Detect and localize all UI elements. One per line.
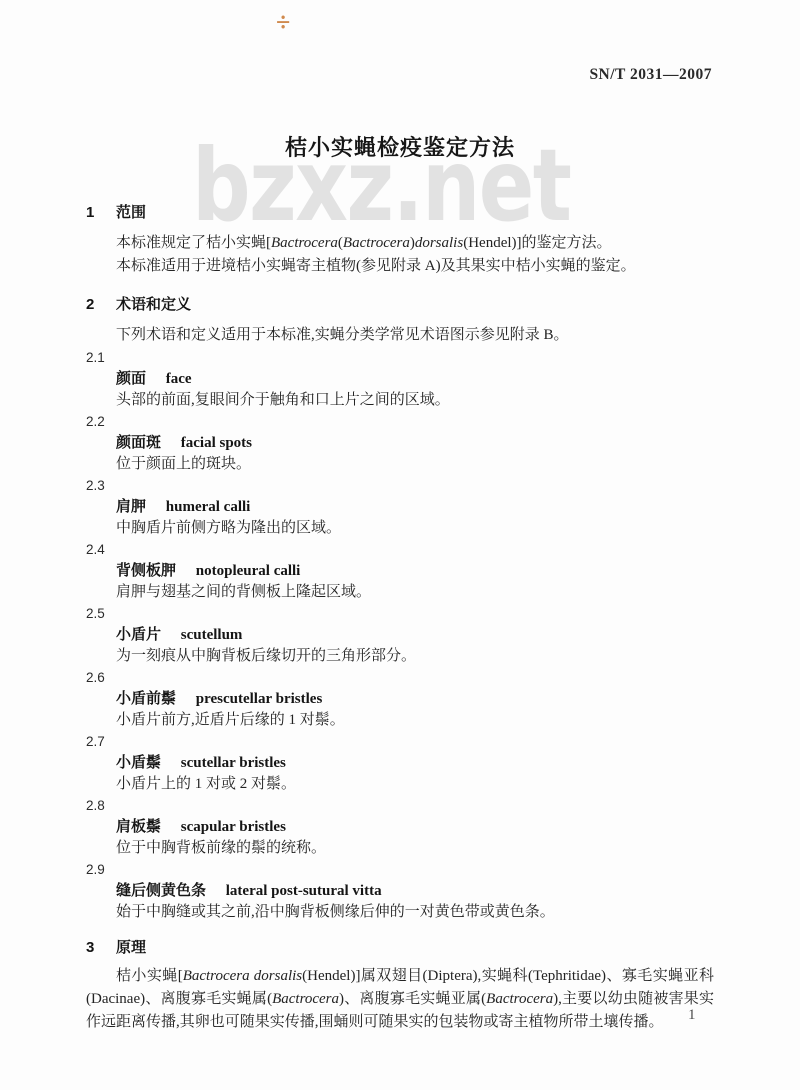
term-2-5: 2.5 小盾片 scutellum 为一刻痕从中胸背板后缘切开的三角形部分。: [86, 603, 714, 667]
term-2-8: 2.8 肩板鬃 scapular bristles 位于中胸背板前缘的鬃的统称。: [86, 795, 714, 859]
term-zh: 小盾片: [116, 626, 161, 643]
term-number: 2.6: [86, 667, 714, 688]
term-en: notopleural calli: [196, 563, 301, 579]
section-title: 术语和定义: [116, 294, 191, 316]
term-zh: 小盾鬃: [116, 754, 161, 771]
term-en: scutellar bristles: [181, 755, 286, 771]
term-number: 2.9: [86, 859, 714, 880]
term-en: facial spots: [181, 435, 252, 451]
paragraph: 本标准适用于进境桔小实蝇寄主植物(参见附录 A)及其果实中桔小实蝇的鉴定。: [86, 255, 714, 278]
term-definition: 位于颜面上的斑块。: [86, 454, 714, 475]
term-number: 2.2: [86, 411, 714, 432]
term-definition: 中胸盾片前侧方略为隆出的区域。: [86, 518, 714, 539]
page-number: 1: [688, 1007, 696, 1024]
term-number: 2.3: [86, 475, 714, 496]
term-definition: 小盾片前方,近盾片后缘的 1 对鬃。: [86, 710, 714, 731]
section-number: 1: [86, 202, 116, 224]
section-number: 2: [86, 294, 116, 316]
term-2-6: 2.6 小盾前鬃 prescutellar bristles 小盾片前方,近盾片…: [86, 667, 714, 731]
term-2-2: 2.2 颜面斑 facial spots 位于颜面上的斑块。: [86, 411, 714, 475]
term-heading: 颜面斑 facial spots: [86, 432, 714, 454]
term-definition: 头部的前面,复眼间介于触角和口上片之间的区域。: [86, 390, 714, 411]
term-zh: 背侧板胛: [116, 562, 176, 579]
term-definition: 位于中胸背板前缘的鬃的统称。: [86, 838, 714, 859]
term-zh: 小盾前鬃: [116, 690, 176, 707]
term-heading: 背侧板胛 notopleural calli: [86, 560, 714, 582]
term-heading: 肩板鬃 scapular bristles: [86, 816, 714, 838]
term-number: 2.8: [86, 795, 714, 816]
term-number: 2.1: [86, 347, 714, 368]
term-en: lateral post-sutural vitta: [226, 883, 382, 899]
section-title: 原理: [116, 937, 146, 959]
term-zh: 颜面斑: [116, 434, 161, 451]
term-en: scutellum: [181, 627, 243, 643]
term-definition: 肩胛与翅基之间的背侧板上隆起区域。: [86, 582, 714, 603]
page-title: 桔小实蝇检疫鉴定方法: [0, 131, 800, 162]
term-definition: 为一刻痕从中胸背板后缘切开的三角形部分。: [86, 646, 714, 667]
section-title: 范围: [116, 202, 146, 224]
standard-code: SN/T 2031—2007: [589, 66, 712, 84]
paragraph: 本标准规定了桔小实蝇[Bactrocera(Bactrocera)dorsali…: [86, 232, 714, 255]
term-definition: 小盾片上的 1 对或 2 对鬃。: [86, 774, 714, 795]
document-body: 1 范围 本标准规定了桔小实蝇[Bactrocera(Bactrocera)do…: [86, 196, 714, 1034]
divider-icon: ÷: [276, 10, 290, 36]
term-zh: 颜面: [116, 370, 146, 387]
term-heading: 小盾前鬃 prescutellar bristles: [86, 688, 714, 710]
term-number: 2.5: [86, 603, 714, 624]
paragraph: 下列术语和定义适用于本标准,实蝇分类学常见术语图示参见附录 B。: [86, 324, 714, 347]
term-2-7: 2.7 小盾鬃 scutellar bristles 小盾片上的 1 对或 2 …: [86, 731, 714, 795]
section-number: 3: [86, 937, 116, 959]
paragraph: 桔小实蝇[Bactrocera dorsalis(Hendel)]属双翅目(Di…: [86, 965, 714, 1034]
term-heading: 缝后侧黄色条 lateral post-sutural vitta: [86, 880, 714, 902]
term-2-3: 2.3 肩胛 humeral calli 中胸盾片前侧方略为隆出的区域。: [86, 475, 714, 539]
term-heading: 小盾片 scutellum: [86, 624, 714, 646]
term-zh: 肩胛: [116, 498, 146, 515]
term-en: humeral calli: [166, 499, 251, 515]
section-1-heading: 1 范围: [86, 202, 714, 224]
term-number: 2.7: [86, 731, 714, 752]
document-page: ÷ SN/T 2031—2007 bzxz.net 桔小实蝇检疫鉴定方法 1 范…: [0, 0, 800, 1090]
term-heading: 小盾鬃 scutellar bristles: [86, 752, 714, 774]
section-3-heading: 3 原理: [86, 937, 714, 959]
term-heading: 颜面 face: [86, 368, 714, 390]
term-en: face: [166, 371, 192, 387]
term-definition: 始于中胸缝或其之前,沿中胸背板侧缘后伸的一对黄色带或黄色条。: [86, 902, 714, 923]
term-zh: 缝后侧黄色条: [116, 882, 206, 899]
term-2-4: 2.4 背侧板胛 notopleural calli 肩胛与翅基之间的背侧板上隆…: [86, 539, 714, 603]
term-zh: 肩板鬃: [116, 818, 161, 835]
term-heading: 肩胛 humeral calli: [86, 496, 714, 518]
section-2-heading: 2 术语和定义: [86, 294, 714, 316]
term-en: scapular bristles: [181, 819, 286, 835]
term-en: prescutellar bristles: [196, 691, 323, 707]
term-2-9: 2.9 缝后侧黄色条 lateral post-sutural vitta 始于…: [86, 859, 714, 923]
term-number: 2.4: [86, 539, 714, 560]
term-2-1: 2.1 颜面 face 头部的前面,复眼间介于触角和口上片之间的区域。: [86, 347, 714, 411]
